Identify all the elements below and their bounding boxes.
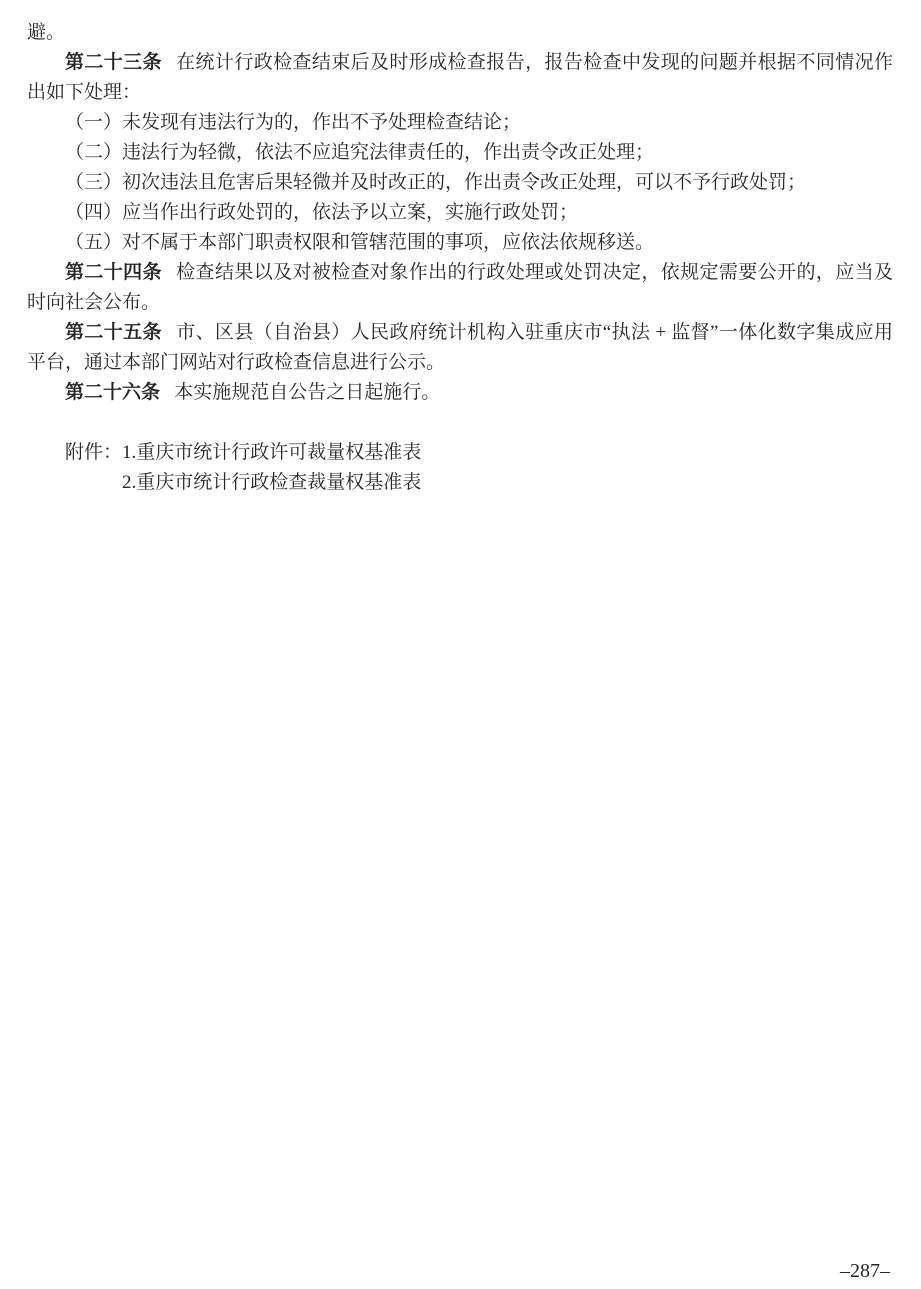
article-25-term: 第二十五条	[65, 322, 162, 343]
list-item-4: （四）应当作出行政处罚的，依法予以立案，实施行政处罚；	[27, 198, 893, 228]
document-body: 避。 第二十三条在统计行政检查结束后及时形成检查报告，报告检查中发现的问题并根据…	[27, 18, 893, 498]
attachments-spacer	[65, 468, 122, 498]
list-item-1: （一）未发现有违法行为的，作出不予处理检查结论；	[27, 108, 893, 138]
article-24: 第二十四条检查结果以及对被检查对象作出的行政处理或处罚决定，依规定需要公开的，应…	[27, 258, 893, 318]
article-23-term: 第二十三条	[65, 52, 162, 73]
paragraph-continuation: 避。	[27, 18, 893, 48]
article-26-text: 本实施规范自公告之日起施行。	[174, 382, 440, 403]
list-item-3: （三）初次违法且危害后果轻微并及时改正的，作出责令改正处理，可以不予行政处罚；	[27, 168, 893, 198]
attachments-block: 附件： 1.重庆市统计行政许可裁量权基准表 2.重庆市统计行政检查裁量权基准表	[65, 438, 893, 498]
article-25: 第二十五条市、区县（自治县）人民政府统计机构入驻重庆市“执法 + 监督”一体化数…	[27, 318, 893, 378]
document-page: 避。 第二十三条在统计行政检查结束后及时形成检查报告，报告检查中发现的问题并根据…	[0, 0, 921, 1289]
attachment-item-2: 2.重庆市统计行政检查裁量权基准表	[122, 468, 893, 498]
attachments-label: 附件：	[65, 438, 122, 468]
list-item-2: （二）违法行为轻微，依法不应追究法律责任的，作出责令改正处理；	[27, 138, 893, 168]
list-item-5: （五）对不属于本部门职责权限和管辖范围的事项，应依法依规移送。	[27, 228, 893, 258]
page-number: –287–	[840, 1260, 890, 1282]
article-23: 第二十三条在统计行政检查结束后及时形成检查报告，报告检查中发现的问题并根据不同情…	[27, 48, 893, 108]
article-26: 第二十六条本实施规范自公告之日起施行。	[27, 378, 893, 408]
attachment-item-1: 1.重庆市统计行政许可裁量权基准表	[122, 438, 893, 468]
article-26-term: 第二十六条	[65, 382, 160, 403]
article-24-term: 第二十四条	[65, 262, 162, 283]
